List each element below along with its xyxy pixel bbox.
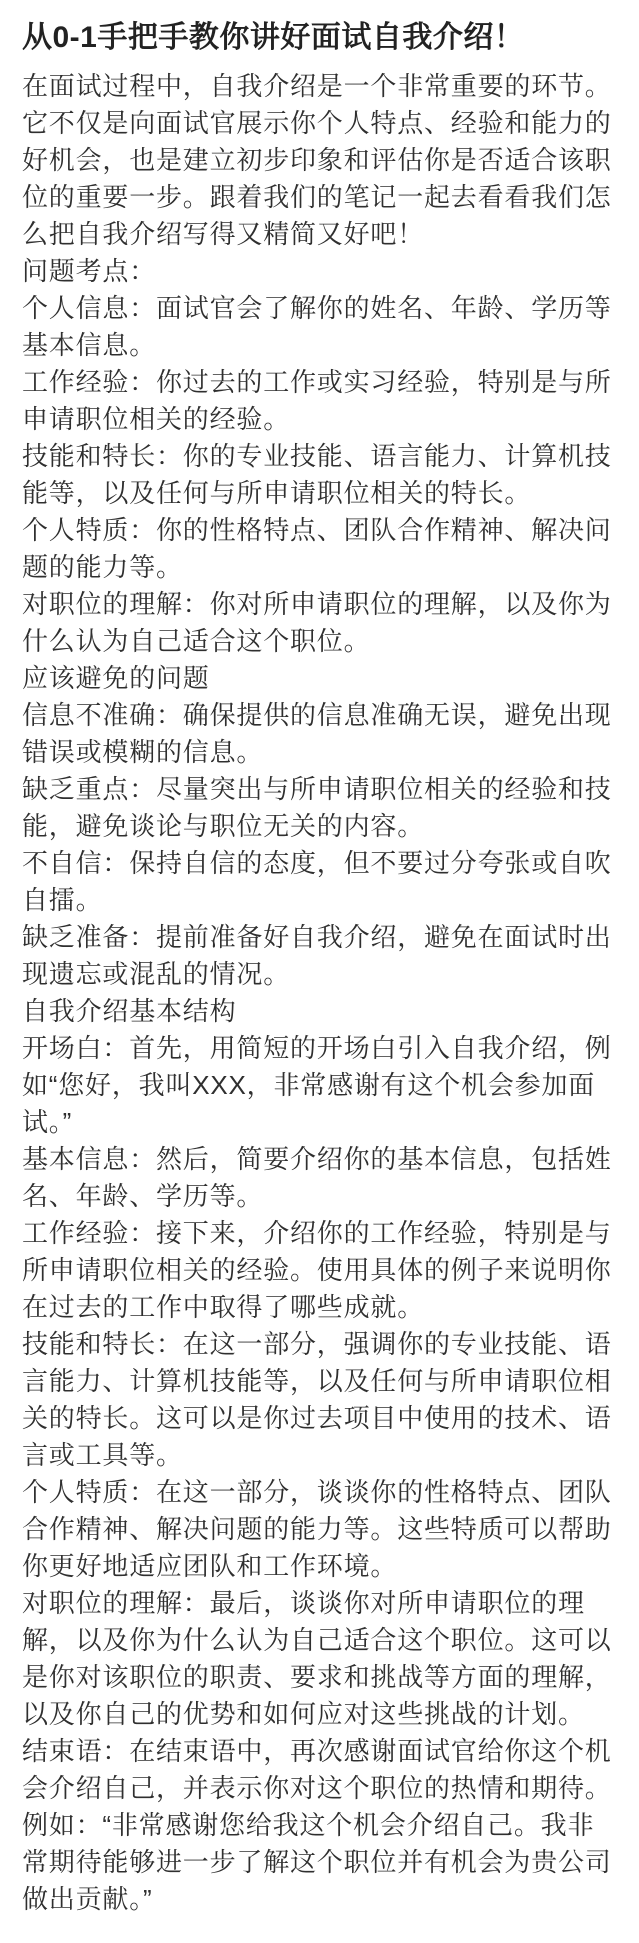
para-skills: 技能和特长：你的专业技能、语言能力、计算机技能等，以及任何与所申请职位相关的特长… [22,438,617,512]
para-intro: 在面试过程中，自我介绍是一个非常重要的环节。它不仅是向面试官展示你个人特点、经验… [22,68,617,253]
para-personal-traits: 个人特质：你的性格特点、团队合作精神、解决问题的能力等。 [22,512,617,586]
para-position-understanding-structure: 对职位的理解：最后，谈谈你对所申请职位的理解，以及你为什么认为自己适合这个职位。… [22,1585,617,1733]
para-work-experience-structure: 工作经验：接下来，介绍你的工作经验，特别是与所申请职位相关的经验。使用具体的例子… [22,1215,617,1326]
para-lack-of-focus: 缺乏重点：尽量突出与所申请职位相关的经验和技能，避免谈论与职位无关的内容。 [22,771,617,845]
article-body: 从0-1手把手教你讲好面试自我介绍！ 在面试过程中，自我介绍是一个非常重要的环节… [0,0,639,1918]
para-closing-remarks: 结束语：在结束语中，再次感谢面试官给你这个机会介绍自己，并表示你对这个职位的热情… [22,1733,617,1918]
para-inaccurate-info: 信息不准确：确保提供的信息准确无误，避免出现错误或模糊的信息。 [22,697,617,771]
para-lack-of-preparation: 缺乏准备：提前准备好自我介绍，避免在面试时出现遗忘或混乱的情况。 [22,919,617,993]
para-heading-basic-structure: 自我介绍基本结构 [22,993,617,1030]
para-skills-structure: 技能和特长：在这一部分，强调你的专业技能、语言能力、计算机技能等，以及任何与所申… [22,1326,617,1474]
para-traits-structure: 个人特质：在这一部分，谈谈你的性格特点、团队合作精神、解决问题的能力等。这些特质… [22,1474,617,1585]
page: { "article": { "title": "从0-1手把手教你讲好面试自我… [0,0,639,1943]
article-title: 从0-1手把手教你讲好面试自我介绍！ [22,15,617,61]
para-heading-avoid-problems: 应该避免的问题 [22,660,617,697]
para-work-experience: 工作经验：你过去的工作或实习经验，特别是与所申请职位相关的经验。 [22,364,617,438]
para-opening-line: 开场白：首先，用简短的开场白引入自我介绍，例如“您好，我叫XXX，非常感谢有这个… [22,1030,617,1141]
para-basic-info-structure: 基本信息：然后，简要介绍你的基本信息，包括姓名、年龄、学历等。 [22,1141,617,1215]
para-lack-of-confidence: 不自信：保持自信的态度，但不要过分夸张或自吹自擂。 [22,845,617,919]
para-heading-question-points: 问题考点： [22,253,617,290]
para-personal-info: 个人信息：面试官会了解你的姓名、年龄、学历等基本信息。 [22,290,617,364]
para-position-understanding: 对职位的理解：你对所申请职位的理解，以及你为什么认为自己适合这个职位。 [22,586,617,660]
